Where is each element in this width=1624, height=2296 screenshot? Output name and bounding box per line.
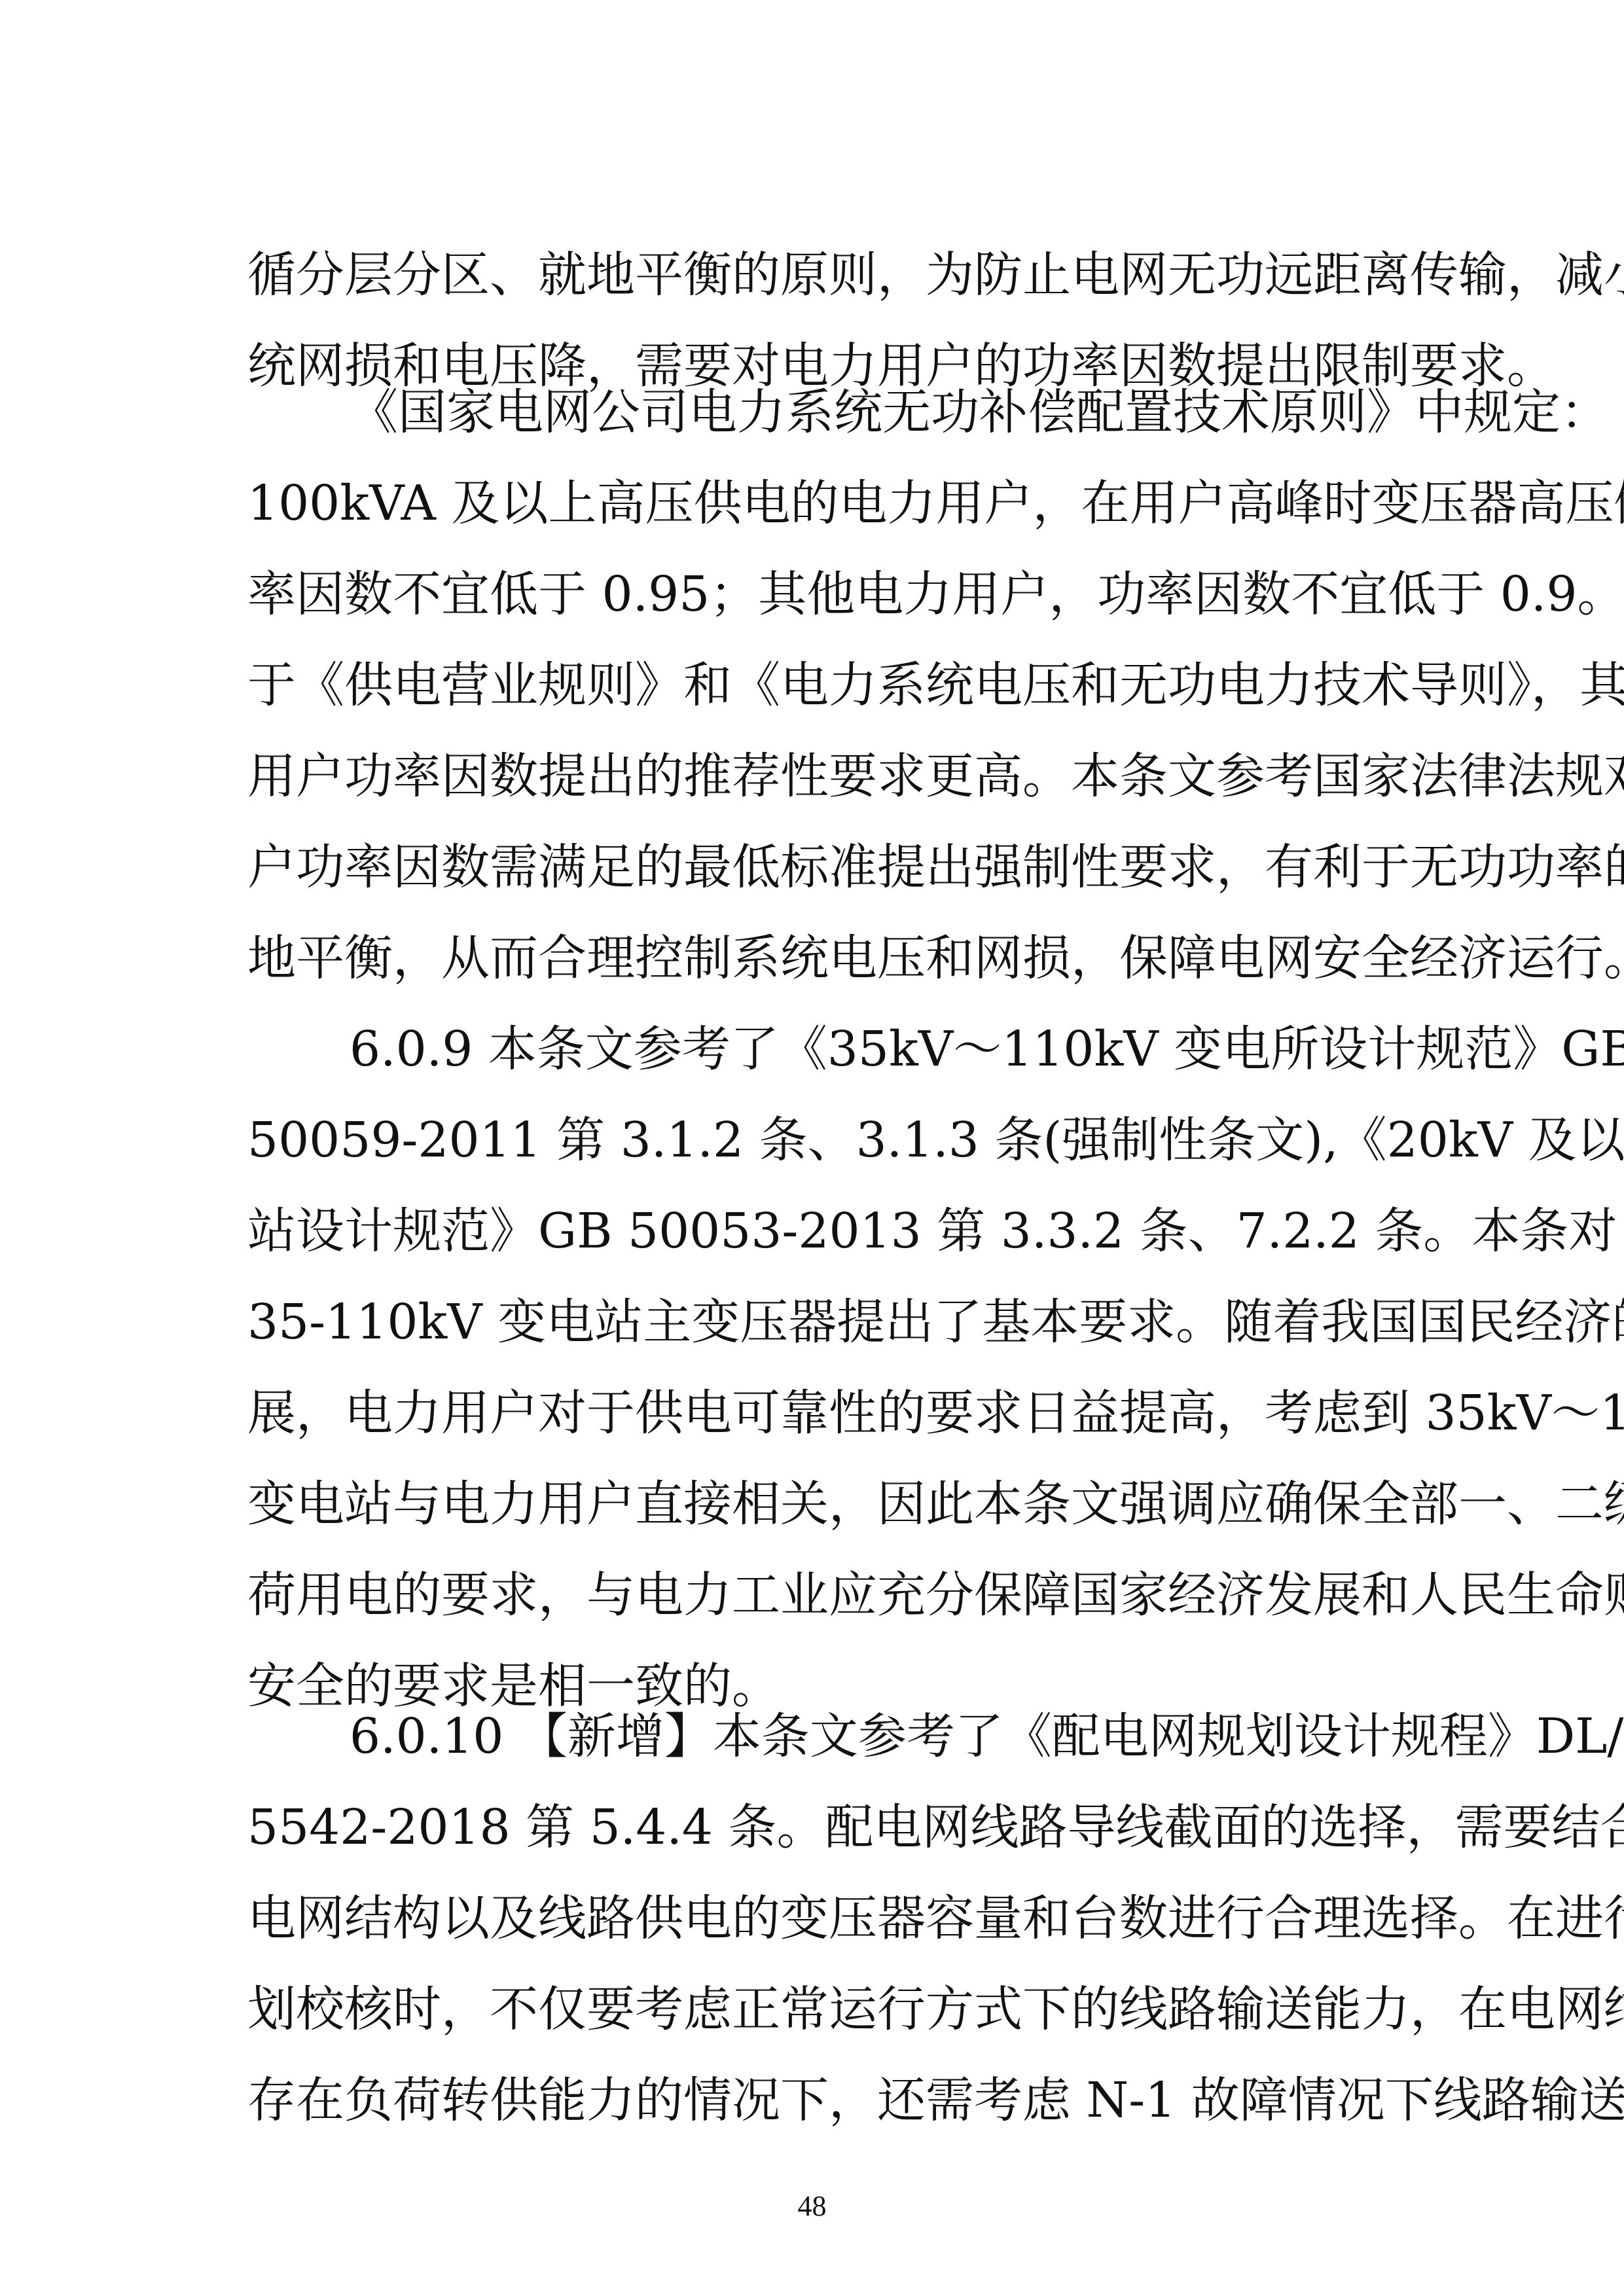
text-line: 存在负荷转供能力的情况下，还需考虑 N-1 故障情况下线路输送容量 xyxy=(247,2068,1375,2133)
text-line: 循分层分区、就地平衡的原则，为防止电网无功远距离传输，减小系 xyxy=(247,242,1375,308)
text-line: 6.0.9 本条文参考了《35kV～110kV 变电所设计规范》GB xyxy=(350,1016,1375,1082)
text-line: 展，电力用户对于供电可靠性的要求日益提高，考虑到 35kV～110kV xyxy=(247,1380,1375,1446)
text-line: 电网结构以及线路供电的变压器容量和台数进行合理选择。在进行规 xyxy=(247,1886,1375,1951)
text-line: 100kVA 及以上高压供电的电力用户，在用户高峰时变压器高压侧功 xyxy=(247,471,1375,536)
text-line: 划校核时，不仅要考虑正常运行方式下的线路输送能力，在电网结构 xyxy=(247,1977,1375,2042)
page-number: 48 xyxy=(0,2189,1624,2223)
text-line: 地平衡，从而合理控制系统电压和网损，保障电网安全经济运行。 xyxy=(247,925,1375,991)
text-line: 《国家电网公司电力系统无功补偿配置技术原则》中规定： xyxy=(350,380,1375,445)
text-line: 6.0.10 【新增】本条文参考了《配电网规划设计规程》DL/T xyxy=(350,1704,1375,1769)
text-line: 荷用电的要求，与电力工业应充分保障国家经济发展和人民生命财产 xyxy=(247,1562,1375,1628)
text-line: 50059-2011 第 3.1.2 条、3.1.3 条(强制性条文),《20k… xyxy=(247,1107,1375,1173)
text-line: 35-110kV 变电站主变压器提出了基本要求。随着我国国民经济的发 xyxy=(247,1289,1375,1355)
text-line: 用户功率因数提出的推荐性要求更高。本条文参考国家法律法规对用 xyxy=(247,744,1375,809)
document-page: 循分层分区、就地平衡的原则，为防止电网无功远距离传输，减小系统网损和电压降，需要… xyxy=(0,0,1624,2296)
text-line: 率因数不宜低于 0.95；其他电力用户，功率因数不宜低于 0.9。相对 xyxy=(247,562,1375,627)
text-line: 5542-2018 第 5.4.4 条。配电网线路导线截面的选择，需要结合规划 xyxy=(247,1795,1375,1860)
text-line: 站设计规范》GB 50053-2013 第 3.3.2 条、7.2.2 条。本条… xyxy=(247,1198,1375,1264)
text-line: 变电站与电力用户直接相关，因此本条文强调应确保全部一、二级负 xyxy=(247,1471,1375,1537)
text-line: 户功率因数需满足的最低标准提出强制性要求，有利于无功功率的就 xyxy=(247,834,1375,900)
text-line: 于《供电营业规则》和《电力系统电压和无功电力技术导则》，其对 xyxy=(247,653,1375,718)
